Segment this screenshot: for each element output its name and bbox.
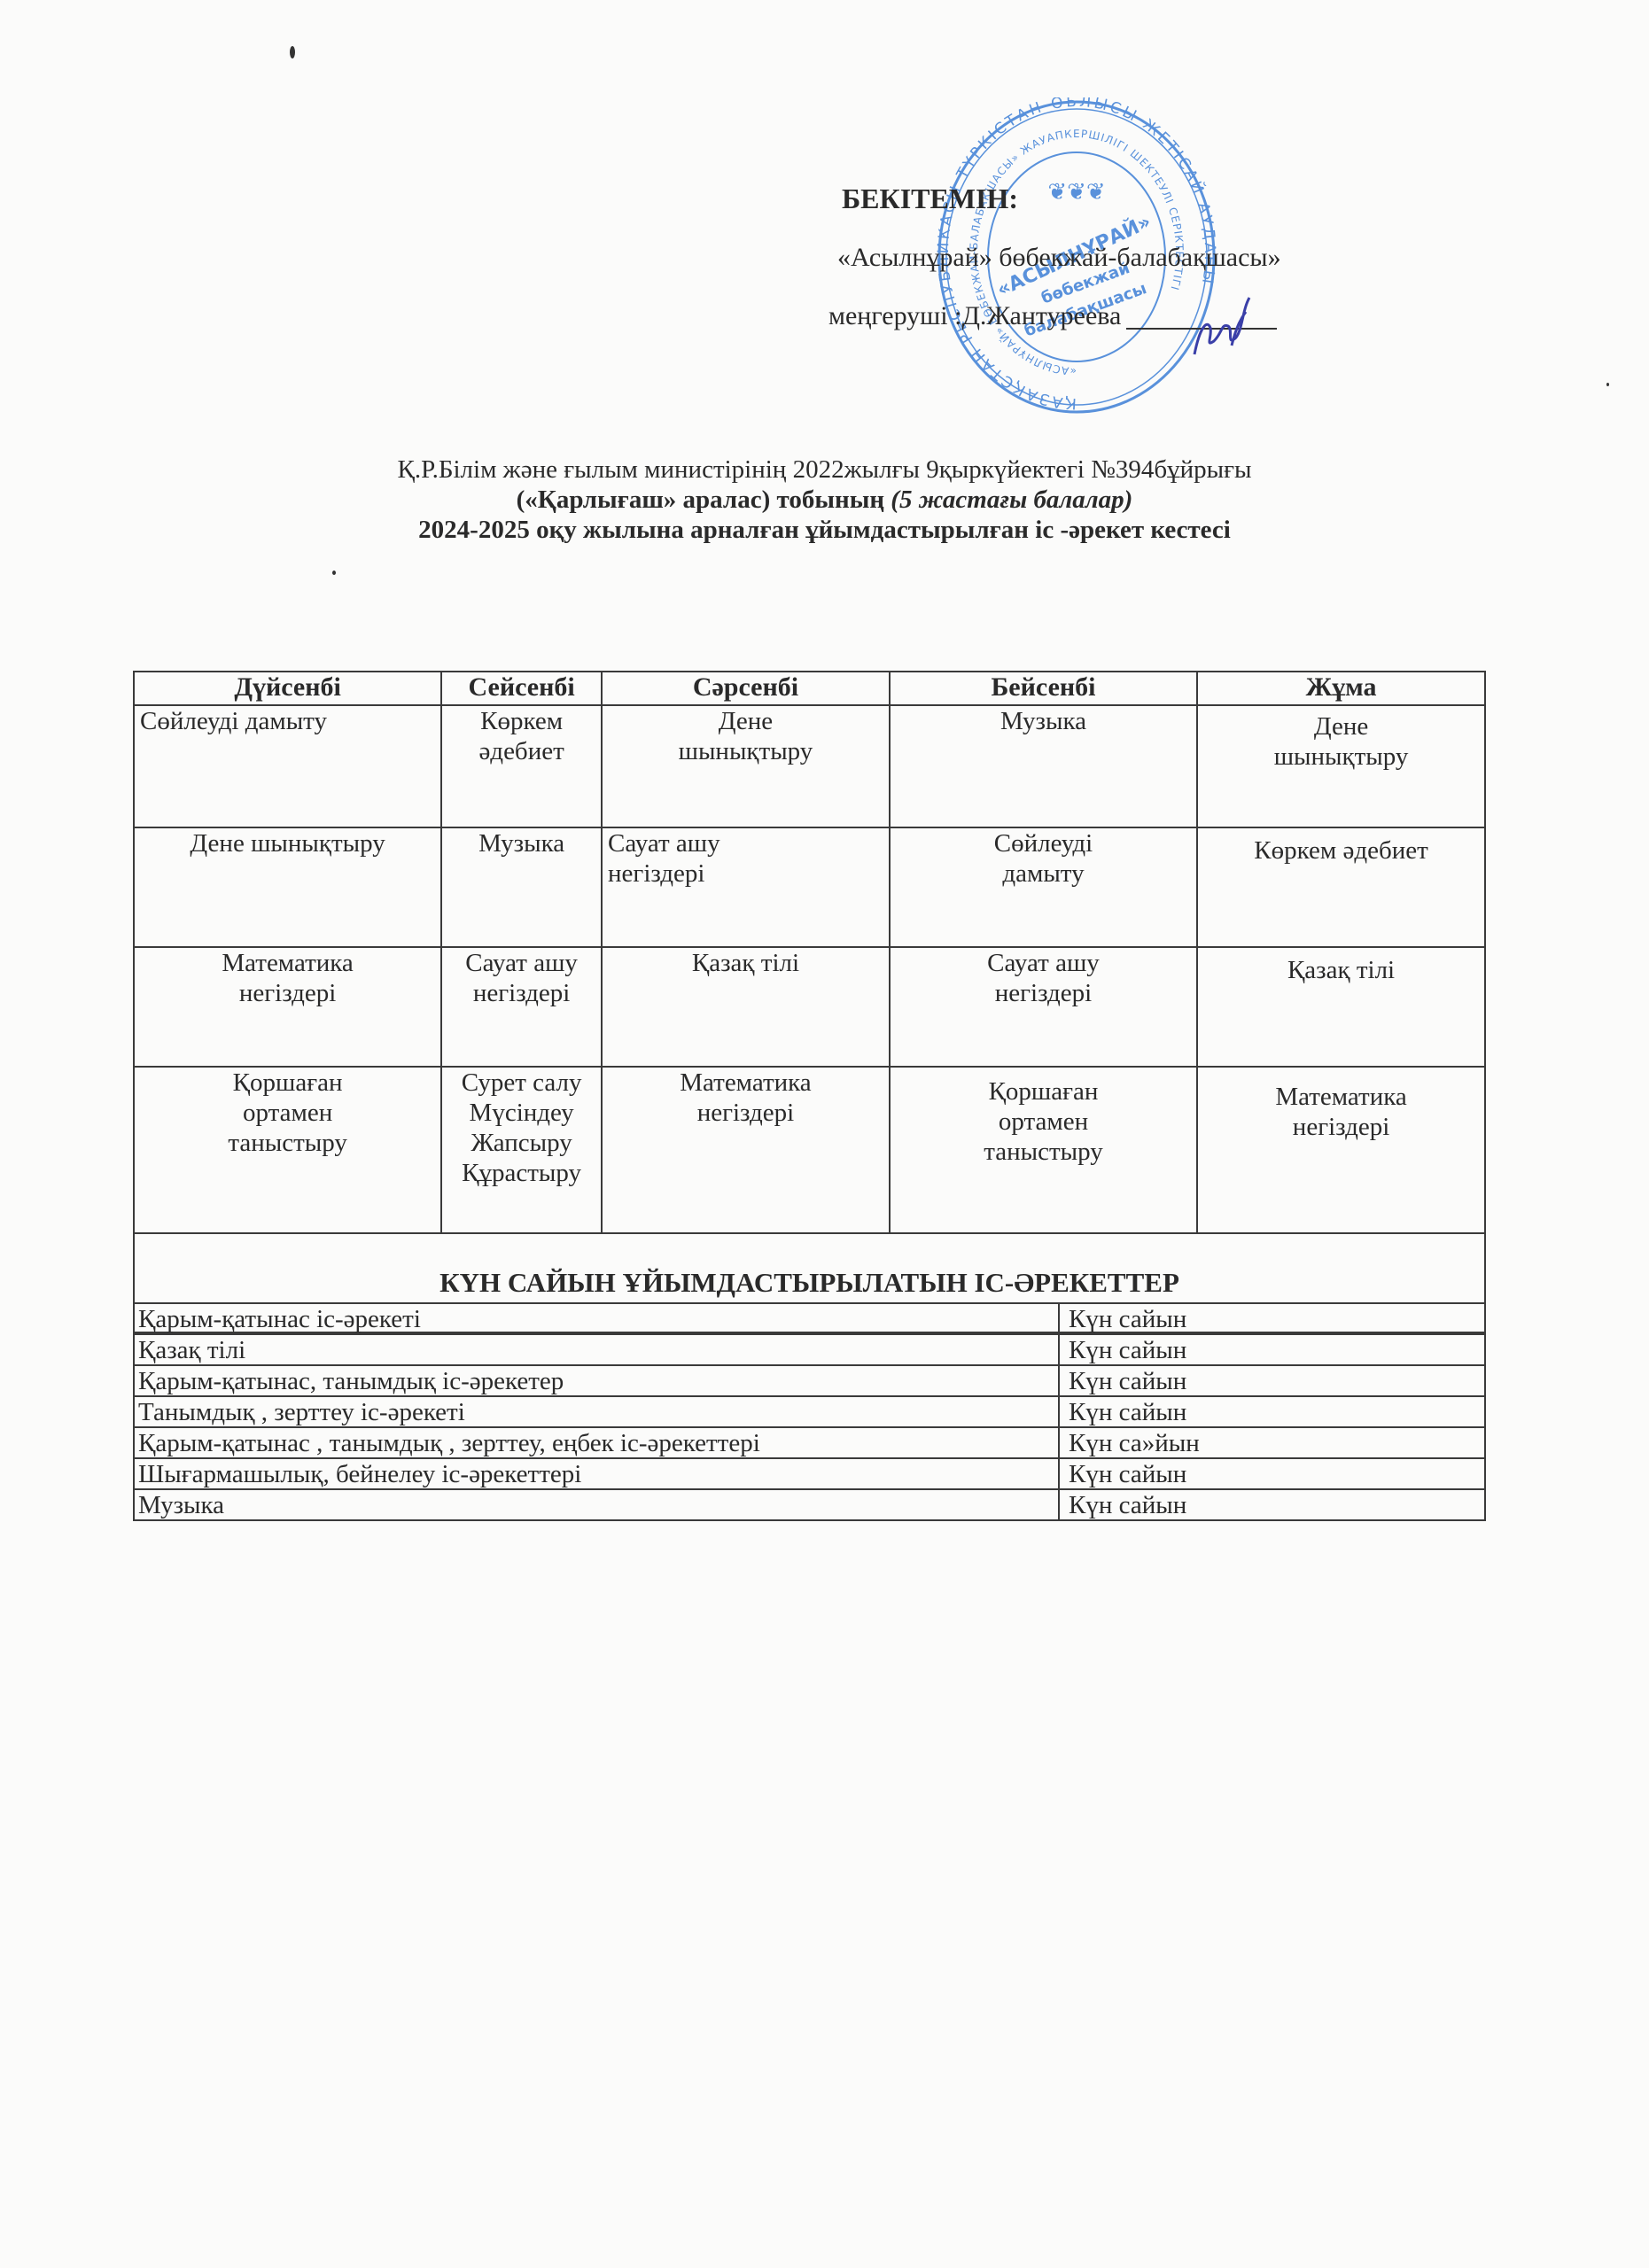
scan-speck [290,46,295,58]
schedule-cell: Қоршаған ортамен таныстыру [134,1067,441,1233]
schedule-cell: Математика негіздері [134,947,441,1067]
schedule-cell: Математика негіздері [602,1067,890,1233]
frequency-cell: Күн сайын [1059,1365,1485,1396]
activity-cell: Музыка [134,1489,1059,1520]
group-name: («Қарлығаш» аралас) тобының (5 жастағы б… [0,485,1649,515]
day-header: Бейсенбі [890,672,1197,705]
schedule-cell: Сөйлеуді дамыту [134,705,441,827]
approval-title: БЕКІТЕМІН: [842,184,1334,213]
table-row: Танымдық , зерттеу іс-әрекетіКүн сайын [134,1396,1485,1427]
approval-block: БЕКІТЕМІН: «Асылнұрай» бөбекжай-балабақш… [837,184,1334,330]
table-row: МузыкаКүн сайын [134,1489,1485,1520]
schedule-title: 2024-2025 оқу жылына арналған ұйымдастыр… [0,515,1649,545]
scan-speck [332,571,336,575]
frequency-cell: Күн са»йын [1059,1427,1485,1458]
schedule-cell: Дене шынықтыру [1197,705,1485,827]
schedule-cell: Музыка [441,827,602,947]
day-header: Сәрсенбі [602,672,890,705]
table-row: Сөйлеуді дамыту Көркем әдебиет Дене шыны… [134,705,1485,827]
scan-speck [1606,383,1609,386]
frequency-cell: Күн сайын [1059,1458,1485,1489]
table-row: Қарым-қатынас іс-әрекетіКүн сайын [134,1303,1485,1334]
schedule-cell: Көркем әдебиет [441,705,602,827]
schedule-cell: Сауат ашу негіздері [890,947,1197,1067]
activity-cell: Шығармашылық, бейнелеу іс-әрекеттері [134,1458,1059,1489]
activity-cell: Қарым-қатынас, танымдық іс-әрекетер [134,1365,1059,1396]
day-header: Дүйсенбі [134,672,441,705]
activity-cell: Қарым-қатынас іс-әрекеті [134,1303,1059,1334]
activity-cell: Қарым-қатынас , танымдық , зерттеу, еңбе… [134,1427,1059,1458]
schedule-cell: Қоршаған ортамен таныстыру [890,1067,1197,1233]
approval-head: меңгеруші :Д.Жантуреева [828,303,1334,330]
frequency-cell: Күн сайын [1059,1303,1485,1334]
schedule-cell: Дене шынықтыру [134,827,441,947]
table-row: Қарым-қатынас , танымдық , зерттеу, еңбе… [134,1427,1485,1458]
schedule-cell: Қазақ тілі [602,947,890,1067]
activity-cell: Танымдық , зерттеу іс-әрекеті [134,1396,1059,1427]
frequency-cell: Күн сайын [1059,1334,1485,1365]
table-row: Қарым-қатынас, танымдық іс-әрекетерКүн с… [134,1365,1485,1396]
schedule-cell: Математика негіздері [1197,1067,1485,1233]
day-header: Жұма [1197,672,1485,705]
schedule-cell: Көркем әдебиет [1197,827,1485,947]
approval-organization: «Асылнұрай» бөбекжай-балабақшасы» [837,245,1334,271]
schedule-cell: Сурет салу Мүсіндеу Жапсыру Құрастыру [441,1067,602,1233]
day-header-row: Дүйсенбі Сейсенбі Сәрсенбі Бейсенбі Жұма [134,672,1485,705]
schedule-cell: Дене шынықтыру [602,705,890,827]
table-row: Қазақ тіліКүн сайын [134,1334,1485,1365]
schedule-cell: Сөйлеуді дамыту [890,827,1197,947]
table-row: Шығармашылық, бейнелеу іс-әрекеттеріКүн … [134,1458,1485,1489]
signature-line [1126,305,1277,330]
activity-cell: Қазақ тілі [134,1334,1059,1365]
schedule-cell: Сауат ашу негіздері [441,947,602,1067]
schedule-cell: Музыка [890,705,1197,827]
order-reference: Қ.Р.Білім және ғылым министірінің 2022жы… [0,454,1649,485]
approval-head-name: меңгеруші :Д.Жантуреева [828,303,1121,330]
table-row: Дене шынықтыру Музыка Сауат ашу негіздер… [134,827,1485,947]
frequency-cell: Күн сайын [1059,1396,1485,1427]
daily-activities-table: Қарым-қатынас іс-әрекетіКүн сайын Қазақ … [133,1302,1486,1521]
day-header: Сейсенбі [441,672,602,705]
schedule-cell: Сауат ашу негіздері [602,827,890,947]
table-row: Қоршаған ортамен таныстыру Сурет салу Мү… [134,1067,1485,1233]
document-heading: Қ.Р.Білім және ғылым министірінің 2022жы… [0,454,1649,545]
table-row: Математика негіздері Сауат ашу негіздері… [134,947,1485,1067]
weekly-schedule-table: Дүйсенбі Сейсенбі Сәрсенбі Бейсенбі Жұма… [133,671,1486,1333]
schedule-cell: Қазақ тілі [1197,947,1485,1067]
frequency-cell: Күн сайын [1059,1489,1485,1520]
